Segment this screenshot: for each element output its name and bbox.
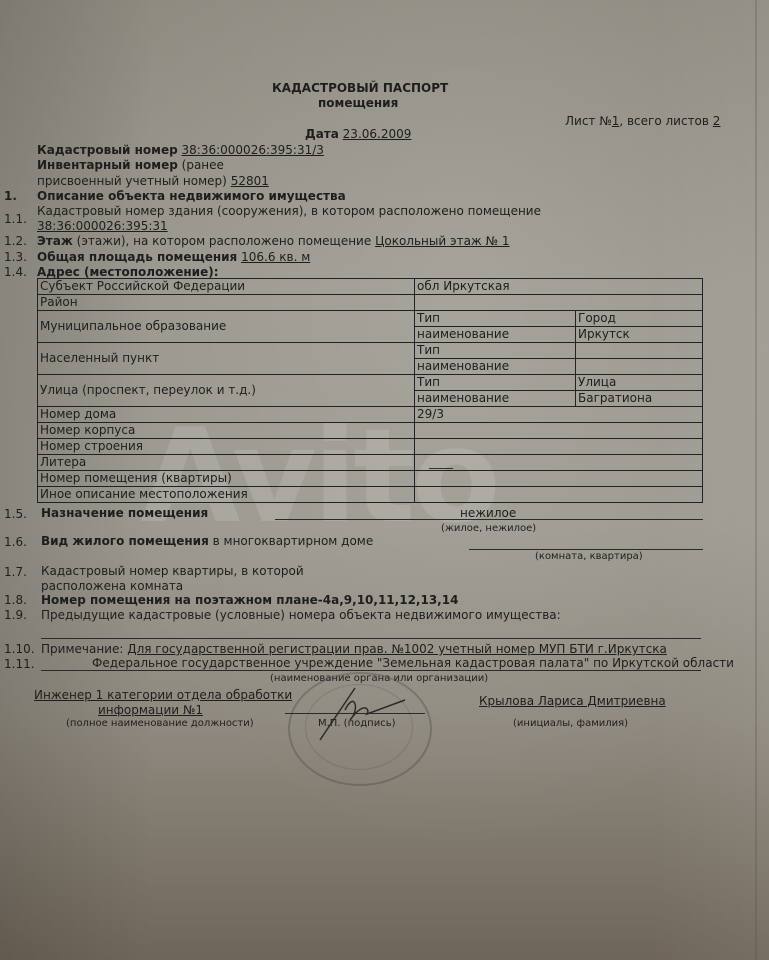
purpose-label: Назначение помещения <box>41 506 208 520</box>
position-line-2: информации №1 <box>98 703 203 717</box>
building-cadastral-number: 38:36:000026:395:31 <box>37 219 168 233</box>
settlement-name-label: наименование <box>415 359 576 375</box>
table-row: Район <box>38 295 703 311</box>
section-number: 1.1. <box>4 212 27 226</box>
sheet-info: Лист №1, всего листов 2 <box>565 114 720 128</box>
street-name-value: Багратиона <box>576 391 703 407</box>
position-line-1: Инженер 1 категории отдела обработки <box>34 688 292 702</box>
section-number: 1.8. <box>4 593 27 607</box>
section-number: 1.10. <box>4 642 35 656</box>
living-type-line: Вид жилого помещения в многоквартирном д… <box>41 534 373 548</box>
street-type-value: Улица <box>576 375 703 391</box>
letter-value: ____ <box>415 455 703 471</box>
municipal-label: Муниципальное образование <box>38 311 415 343</box>
floor-value: Цокольный этаж № 1 <box>375 234 509 248</box>
address-table: Субъект Российской Федерации обл Иркутск… <box>37 278 703 503</box>
section-1-title: Описание объекта недвижимого имущества <box>37 189 346 203</box>
table-row: Литера ____ <box>38 455 703 471</box>
section-number: 1.11. <box>4 657 35 671</box>
note-value: Для государственной регистрации прав. №1… <box>127 642 667 656</box>
document-page: Avito КАДАСТРОВЫЙ ПАСПОРТ помещения Лист… <box>0 0 769 960</box>
house-value: 29/3 <box>415 407 703 423</box>
previous-numbers-label: Предыдущие кадастровые (условные) номера… <box>41 608 561 622</box>
signature-icon <box>315 680 415 750</box>
area-line: Общая площадь помещения 106.6 кв. м <box>37 250 310 264</box>
district-label: Район <box>38 295 415 311</box>
room-value <box>415 471 703 487</box>
inventory-line-2: присвоенный учетный номер) 52801 <box>37 174 269 188</box>
cadastral-number: 38:36:000026:395:31/3 <box>182 143 324 157</box>
other-description-value <box>415 487 703 503</box>
street-label: Улица (проспект, переулок и т.д.) <box>38 375 415 407</box>
document-title: КАДАСТРОВЫЙ ПАСПОРТ <box>272 81 448 95</box>
municipal-name-label: наименование <box>415 327 576 343</box>
floor-line: Этаж (этажи), на котором расположено пом… <box>37 234 509 248</box>
settlement-label: Населенный пункт <box>38 343 415 375</box>
street-name-label: наименование <box>415 391 576 407</box>
building-value <box>415 423 703 439</box>
building-cadastral-label: Кадастровый номер здания (сооружения), в… <box>37 204 541 218</box>
area-value: 106.6 кв. м <box>241 250 310 264</box>
settlement-type-value <box>576 343 703 359</box>
municipal-type-label: Тип <box>415 311 576 327</box>
position-hint: (полное наименование должности) <box>66 717 254 731</box>
other-description-label: Иное описание местоположения <box>38 487 415 503</box>
section-number: 1.3. <box>4 250 27 264</box>
inventory-line-1: Инвентарный номер (ранее <box>37 158 224 172</box>
inventory-number: 52801 <box>231 174 269 188</box>
table-row: Муниципальное образование Тип Город <box>38 311 703 327</box>
structure-value <box>415 439 703 455</box>
settlement-name-value <box>576 359 703 375</box>
purpose-hint: (жилое, нежилое) <box>441 522 536 536</box>
apartment-cadastral-label-1: Кадастровый номер квартиры, в которой <box>41 564 304 578</box>
cadastral-number-line: Кадастровый номер 38:36:000026:395:31/3 <box>37 143 324 157</box>
subject-value: обл Иркутская <box>415 279 703 295</box>
purpose-value: нежилое <box>460 506 516 520</box>
previous-numbers-underline <box>41 638 701 639</box>
table-row: Иное описание местоположения <box>38 487 703 503</box>
section-number: 1.9. <box>4 608 27 622</box>
living-type-value: ___ <box>571 536 589 550</box>
document-subtitle: помещения <box>318 96 398 110</box>
room-label: Номер помещения (квартиры) <box>38 471 415 487</box>
section-number: 1.6. <box>4 535 27 549</box>
date-line: Дата 23.06.2009 <box>305 127 411 141</box>
letter-label: Литера <box>38 455 415 471</box>
street-type-label: Тип <box>415 375 576 391</box>
municipal-name-value: Иркутск <box>576 327 703 343</box>
section-number: 1.5. <box>4 507 27 521</box>
table-row: Населенный пункт Тип <box>38 343 703 359</box>
floor-plan-rooms: Номер помещения на поэтажном плане-4а,9,… <box>41 593 458 607</box>
signer-name: Крылова Лариса Дмитриевна <box>479 694 666 708</box>
section-number: 1.7. <box>4 565 27 579</box>
house-label: Номер дома <box>38 407 415 423</box>
subject-label: Субъект Российской Федерации <box>38 279 415 295</box>
note-line: Примечание: Для государственной регистра… <box>41 642 667 656</box>
signer-name-hint: (инициалы, фамилия) <box>513 717 628 731</box>
municipal-type-value: Город <box>576 311 703 327</box>
table-row: Номер помещения (квартиры) <box>38 471 703 487</box>
section-number: 1. <box>4 189 17 203</box>
organization-underline <box>41 670 701 671</box>
table-row: Субъект Российской Федерации обл Иркутск… <box>38 279 703 295</box>
table-row: Номер корпуса <box>38 423 703 439</box>
living-type-hint: (комната, квартира) <box>535 550 643 564</box>
apartment-cadastral-label-2: расположена комната <box>41 579 183 593</box>
table-row: Номер строения <box>38 439 703 455</box>
purpose-underline <box>275 519 703 520</box>
page-edge-shadow <box>755 0 757 960</box>
date-value: 23.06.2009 <box>343 127 412 141</box>
section-number: 1.4. <box>4 265 27 279</box>
settlement-type-label: Тип <box>415 343 576 359</box>
sheet-total: 2 <box>713 114 721 128</box>
structure-label: Номер строения <box>38 439 415 455</box>
section-number: 1.2. <box>4 234 27 248</box>
table-row: Номер дома 29/3 <box>38 407 703 423</box>
address-heading: Адрес (местоположение): <box>37 265 219 279</box>
building-label: Номер корпуса <box>38 423 415 439</box>
district-value <box>415 295 703 311</box>
signature-underline <box>285 713 425 714</box>
signature-hint: М.П. (подпись) <box>318 717 396 731</box>
table-row: Улица (проспект, переулок и т.д.) Тип Ул… <box>38 375 703 391</box>
organization-value: Федеральное государственное учреждение "… <box>92 656 734 670</box>
